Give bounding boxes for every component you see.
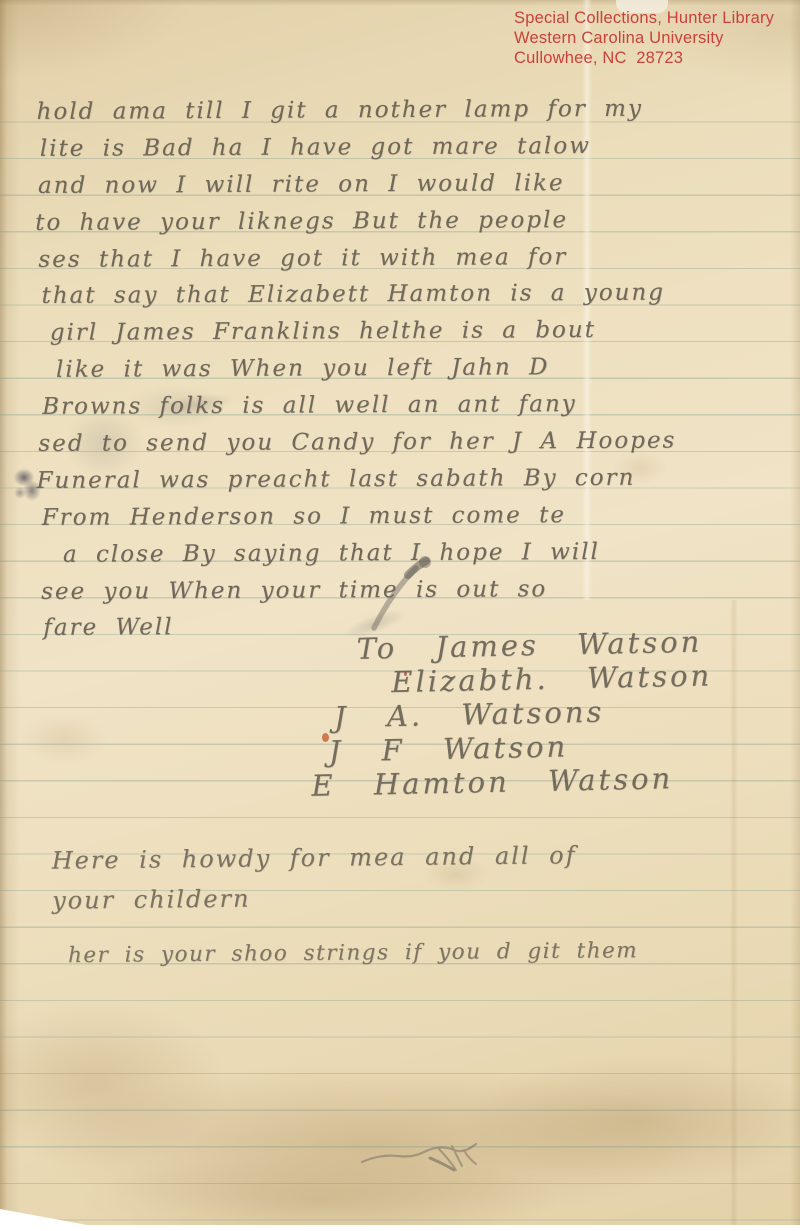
- paper-fleck: [404, 672, 407, 676]
- letter-line: hold ama till I git a nother lamp for my: [35, 95, 771, 136]
- letter-line: to have your liknegs But the people: [35, 206, 771, 247]
- letter-line: like it was When you left Jahn D: [36, 353, 772, 394]
- letter-line: girl James Franklins helthe is a bout: [36, 316, 772, 357]
- postscript-block: Here is howdy for mea and all of your ch…: [52, 839, 753, 926]
- letter-line: see you When your time is out so: [37, 575, 773, 616]
- letter-line: Browns folks is all well an ant fany: [36, 390, 772, 431]
- stamp-line: Special Collections, Hunter Library: [514, 8, 774, 28]
- scan-bottom-edge: [0, 1225, 800, 1231]
- letter-line: sed to send you Candy for her J A Hoopes: [36, 427, 772, 468]
- postscript-line: your childern: [52, 879, 752, 926]
- letter-line: and now I will rite on I would like: [35, 169, 771, 210]
- letter-line: Funeral was preacht last sabath By corn: [36, 464, 772, 505]
- stamp-line: Cullowhee, NC 28723: [514, 48, 774, 68]
- letter-line: ses that I have got it with mea for: [35, 243, 771, 284]
- letter-line: lite is Bad ha I have got mare talow: [35, 132, 771, 173]
- paper-fleck: [322, 733, 329, 742]
- letter-line: a close By saying that I hope I will: [37, 538, 773, 579]
- letter-body: hold ama till I git a nother lamp for my…: [35, 95, 774, 652]
- letter-line: that say that Elizabett Hamton is a youn…: [36, 280, 772, 321]
- archive-stamp: Special Collections, Hunter Library West…: [514, 8, 774, 68]
- signature-block: To James Watson Elizabth. Watson J A. Wa…: [298, 623, 781, 803]
- stamp-line: Western Carolina University: [514, 28, 774, 48]
- letter-scan-page: Special Collections, Hunter Library West…: [0, 0, 800, 1231]
- letter-line: From Henderson so I must come te: [37, 501, 773, 542]
